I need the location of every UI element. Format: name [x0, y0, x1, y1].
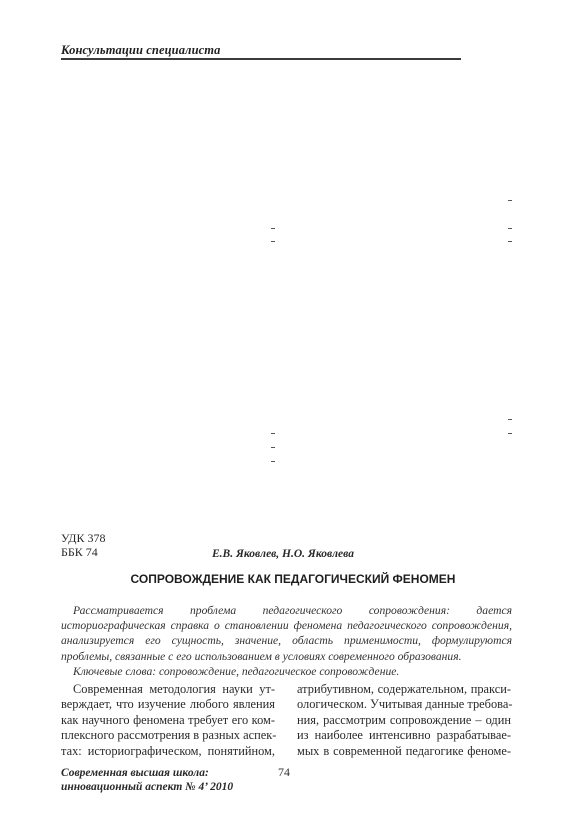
body-line: Современная методология науки ут- — [61, 682, 275, 697]
body-line: ологическом. Учитывая данные требова- — [297, 697, 511, 712]
journal-footer: Современная высшая школа: инновационный … — [61, 766, 233, 794]
classification-codes: УДК 378 ББК 74 — [61, 531, 105, 559]
page-number: 74 — [278, 765, 290, 780]
abstract-text: Рассматривается проблема педагогического… — [61, 603, 512, 664]
keywords: Ключевые слова: сопровождение, педагогич… — [61, 664, 512, 679]
body-line: ния, рассмотрим сопровождение – один — [297, 713, 511, 728]
body-line: атрибутивном, содержательном, пракси- — [297, 682, 511, 697]
stray-dash — [508, 419, 512, 420]
stray-dash — [271, 433, 275, 434]
stray-dash — [271, 461, 275, 462]
stray-dash — [508, 241, 512, 242]
body-line: верждает, что изучение любого явления — [61, 697, 275, 712]
article-title: СОПРОВОЖДЕНИЕ КАК ПЕДАГОГИЧЕСКИЙ ФЕНОМЕН — [0, 572, 580, 586]
section-header: Консультации специалиста — [61, 43, 220, 58]
body-line: тах: историографическом, понятийном, — [61, 744, 275, 759]
abstract-block: Рассматривается проблема педагогического… — [61, 603, 512, 679]
stray-dash — [271, 228, 275, 229]
article-authors: Е.В. Яковлев, Н.О. Яковлева — [212, 548, 354, 560]
stray-dash — [508, 228, 512, 229]
stray-dash — [508, 200, 512, 201]
header-rule — [61, 58, 461, 60]
body-line: из наиболее интенсивно разрабатывае- — [297, 728, 511, 743]
body-line: плексного рассмотрения в разных аспек- — [61, 728, 275, 743]
stray-dash — [508, 433, 512, 434]
body-line: как научного феномена требует его ком- — [61, 713, 275, 728]
journal-name: Современная высшая школа: — [61, 766, 233, 780]
journal-issue: инновационный аспект № 4’ 2010 — [61, 780, 233, 794]
stray-dash — [271, 241, 275, 242]
body-column-right: атрибутивном, содержательном, пракси- ол… — [297, 682, 511, 759]
stray-dash — [271, 447, 275, 448]
bbk-code: ББК 74 — [61, 545, 105, 559]
udk-code: УДК 378 — [61, 531, 105, 545]
body-column-left: Современная методология науки ут- вержда… — [61, 682, 275, 759]
body-line: мых в современной педагогике феноме- — [297, 744, 511, 759]
